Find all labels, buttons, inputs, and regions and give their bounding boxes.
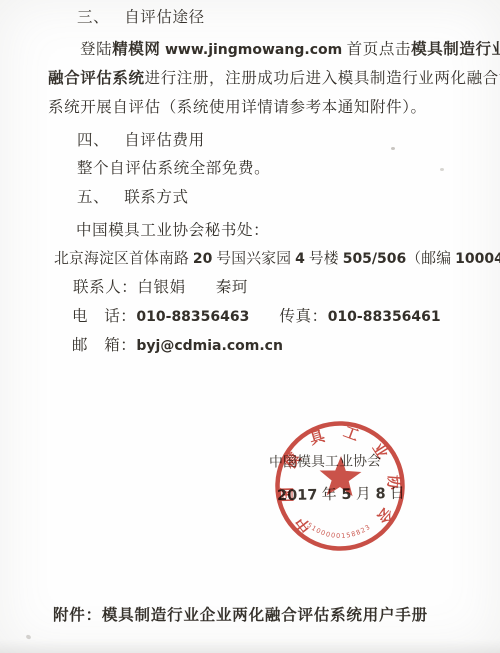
section-title: 自评估途径: [124, 9, 205, 26]
paragraph-register-line2: 融合评估系统进行注册，注册成功后进入模具制造行业两化融合评估: [48, 69, 500, 89]
street-number: 20: [193, 251, 212, 267]
text-run: 号国兴家园: [212, 251, 295, 267]
scan-speck: [391, 147, 395, 150]
email-address: byj@cdmia.com.cn: [136, 338, 283, 354]
postal-code: 100044: [455, 251, 500, 267]
email-line: 邮 箱：byj@cdmia.com.cn: [72, 336, 283, 356]
scan-speck: [25, 634, 31, 640]
text-run-bold: 模具制造行业两化: [411, 41, 500, 58]
text-run: 系统开展自评估（系统使用详情请参考本通知附件）。: [48, 99, 427, 116]
text-run: （邮编: [406, 251, 455, 267]
phone-label: 电 话：: [72, 308, 136, 325]
fax-label: 传真：: [279, 308, 327, 325]
website-url: www.jingmowang.com: [165, 42, 342, 58]
fax-number: 010-88356461: [328, 309, 441, 325]
text-run: 北京海淀区首体南路: [54, 251, 193, 267]
text-run: 中国模具工业协会秘书处：: [76, 222, 269, 239]
section-heading-4: 四、自评估费用: [77, 131, 205, 151]
contact-person-label: 联系人：: [73, 279, 137, 296]
paragraph-register-line1: 登陆精模网 www.jingmowang.com 首页点击模具制造行业两化: [80, 40, 500, 60]
text-run: 整个自评估系统全部免费。: [77, 160, 270, 177]
seal-serial-number: 5100000158823: [305, 520, 373, 541]
attachment-label: 附件：: [53, 607, 102, 624]
text-run: 号楼: [305, 251, 343, 267]
section-heading-5: 五、联系方式: [77, 188, 189, 208]
building-number: 4: [295, 251, 305, 267]
text-run: 首页点击: [342, 41, 411, 58]
attachment-note: 附件：模具制造行业企业两化融合评估系统用户手册: [53, 606, 428, 626]
section-title: 自评估费用: [124, 132, 205, 149]
section-heading-3: 三、自评估途径: [77, 8, 205, 28]
section-number: 三、: [77, 9, 109, 26]
scan-speck: [440, 168, 444, 171]
section-title: 联系方式: [124, 189, 188, 206]
phone-number: 010-88356463: [136, 309, 249, 325]
room-number: 505/506: [343, 251, 407, 267]
phone-fax-line: 电 话：010-88356463传真：010-88356461: [72, 307, 441, 327]
contact-person-name: 秦珂: [216, 279, 248, 296]
secretariat-line: 中国模具工业协会秘书处：: [76, 221, 269, 241]
section-number: 四、: [77, 132, 109, 149]
text-run: 登陆: [80, 41, 112, 58]
text-run-bold: 融合评估系统: [48, 70, 145, 87]
document-page: 三、自评估途径 登陆精模网 www.jingmowang.com 首页点击模具制…: [0, 0, 500, 653]
text-run-bold: 精模网: [112, 41, 165, 58]
contact-person-name: 白银娟: [137, 279, 185, 296]
paragraph-free: 整个自评估系统全部免费。: [77, 159, 270, 179]
attachment-title: 模具制造行业企业两化融合评估系统用户手册: [102, 607, 428, 624]
star-icon: [319, 455, 362, 496]
email-label: 邮 箱：: [72, 337, 136, 354]
paragraph-register-line3: 系统开展自评估（系统使用详情请参考本通知附件）。: [48, 98, 427, 118]
official-seal: 中国模具工业协会 5100000158823: [266, 412, 415, 561]
text-run: 进行注册，注册成功后进入模具制造行业两化融合评估: [145, 70, 500, 87]
section-number: 五、: [77, 189, 109, 206]
address-line: 北京海淀区首体南路 20 号国兴家园 4 号楼 505/506（邮编 10004…: [54, 249, 500, 269]
contact-person-line: 联系人：白银娟秦珂: [73, 278, 248, 298]
